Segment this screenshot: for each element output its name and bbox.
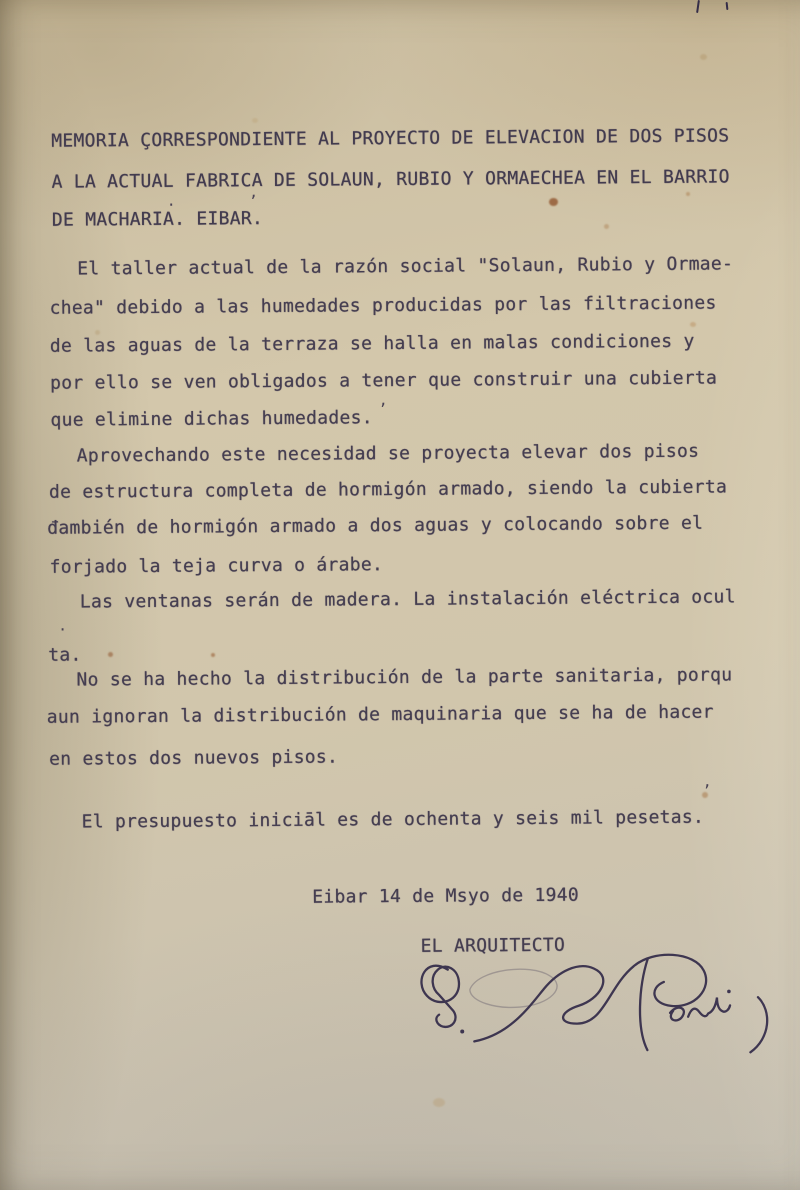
body-line: Las ventanas serán de madera. La instala… bbox=[80, 588, 736, 611]
body-line: aun ignoran la distribución de maquinari… bbox=[47, 704, 714, 727]
title-line-3: DE MACHARIA. EIBAR. bbox=[52, 210, 263, 230]
body-line: ta. bbox=[48, 647, 81, 665]
body-line: El taller actual de la razón social "Sol… bbox=[77, 255, 733, 278]
title-line-1: MEMORIA ÇORRESPONDIENTE AL PROYECTO DE E… bbox=[51, 127, 729, 150]
body-line: en estos dos nuevos pisos. bbox=[49, 748, 338, 768]
stray-mark: ’ bbox=[249, 194, 258, 209]
scanned-document-page: MEMORIA ÇORRESPONDIENTE AL PROYECTO DE E… bbox=[0, 0, 800, 1190]
body-line: chea" debido a las humedades producidas … bbox=[49, 295, 716, 318]
body-line: No se ha hecho la distribución de la par… bbox=[76, 666, 732, 689]
body-line: đambién de hormigón armado a dos aguas y… bbox=[47, 515, 703, 538]
body-line: de las aguas de la terraza se halla en m… bbox=[50, 333, 695, 356]
body-line: por ello se ven obligados a tener que co… bbox=[50, 370, 717, 393]
budget-line: El presupuesto iniciāl es de ochenta y s… bbox=[82, 809, 705, 832]
body-line: Aprovechando este necesidad se proyecta … bbox=[77, 443, 700, 466]
typewritten-content: MEMORIA ÇORRESPONDIENTE AL PROYECTO DE E… bbox=[0, 0, 800, 1190]
body-line: forjado la teja curva o árabe. bbox=[50, 556, 384, 577]
stray-mark: · bbox=[58, 623, 67, 638]
architect-signature bbox=[408, 945, 787, 1076]
stray-mark: ’ bbox=[378, 402, 387, 417]
body-line: que elimine dichas humedades. bbox=[50, 409, 373, 430]
stray-mark: · bbox=[167, 198, 176, 213]
dateline: Eibar 14 de Msyo de 1940 bbox=[312, 887, 579, 907]
title-line-2: A LA ACTUAL FABRICA DE SOLAUN, RUBIO Y O… bbox=[51, 168, 729, 191]
stray-mark: ’ bbox=[702, 784, 711, 799]
body-line: de estructura completa de hormigón armad… bbox=[49, 478, 727, 501]
